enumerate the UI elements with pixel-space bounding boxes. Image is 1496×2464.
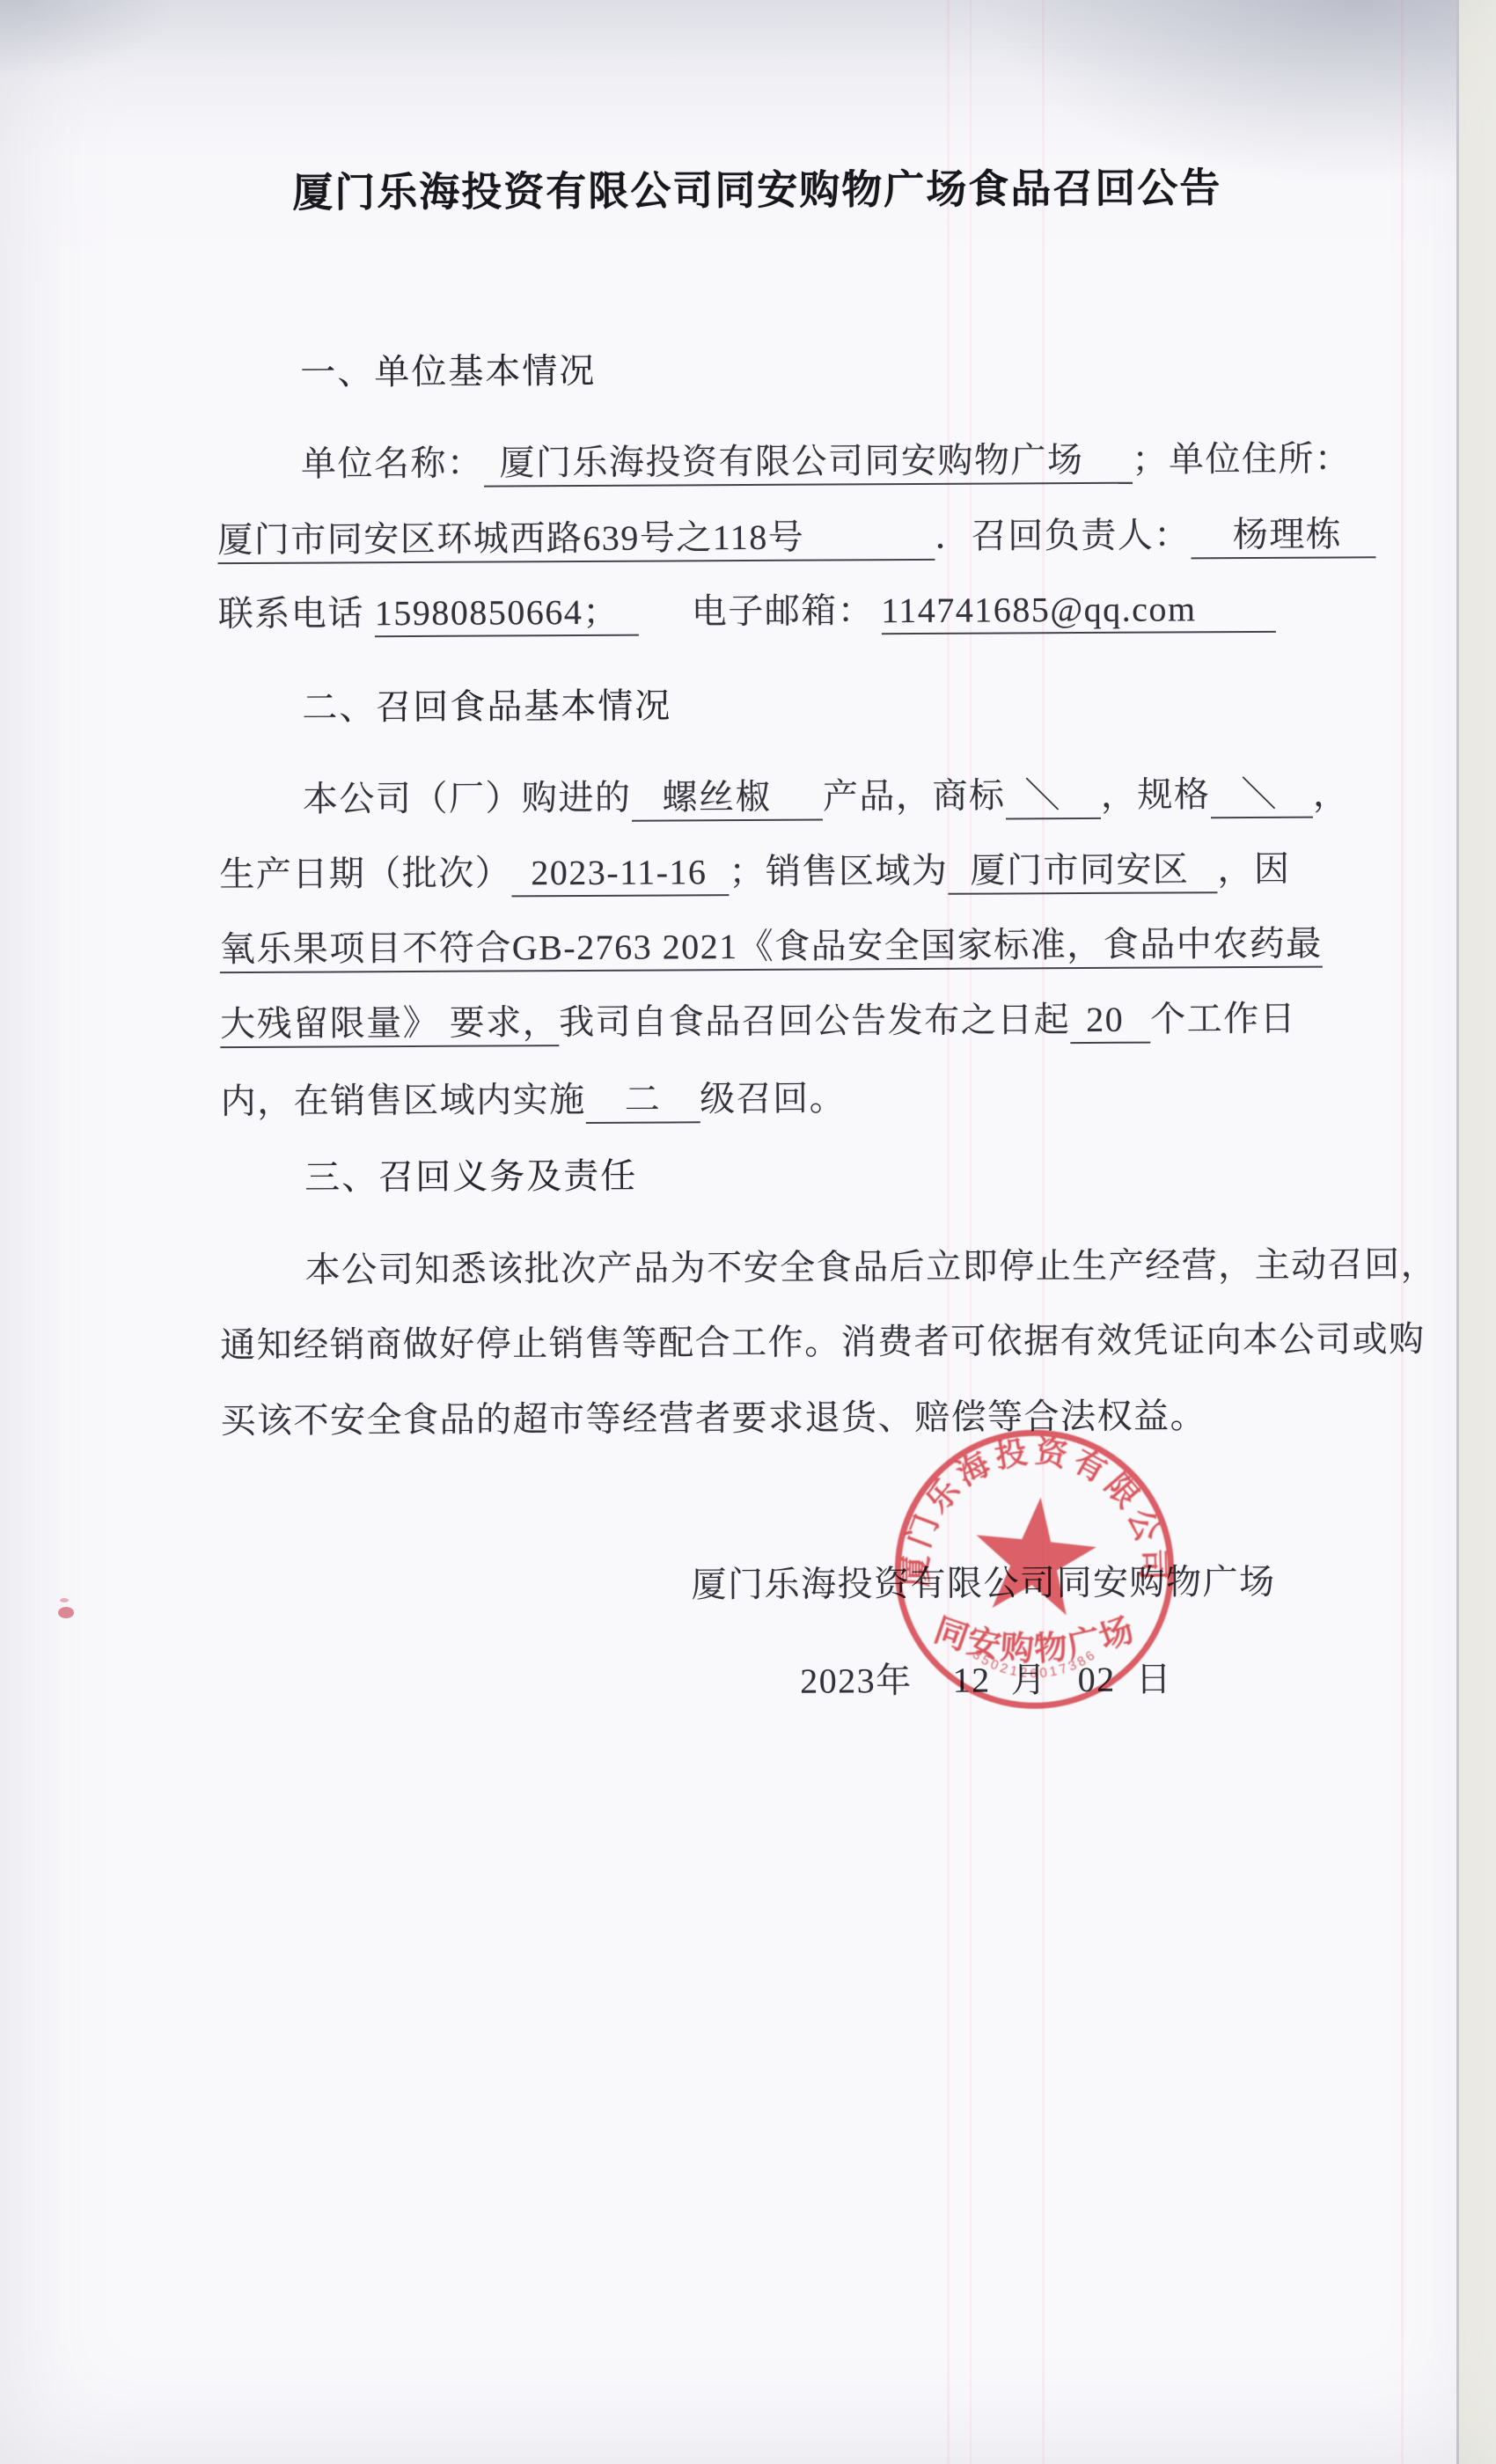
scan-vignette — [0, 0, 1496, 2464]
scanned-page: 厦门乐海投资有限公司同安购物广场食品召回公告 一、单位基本情况 单位名称：厦门乐… — [0, 0, 1496, 2464]
